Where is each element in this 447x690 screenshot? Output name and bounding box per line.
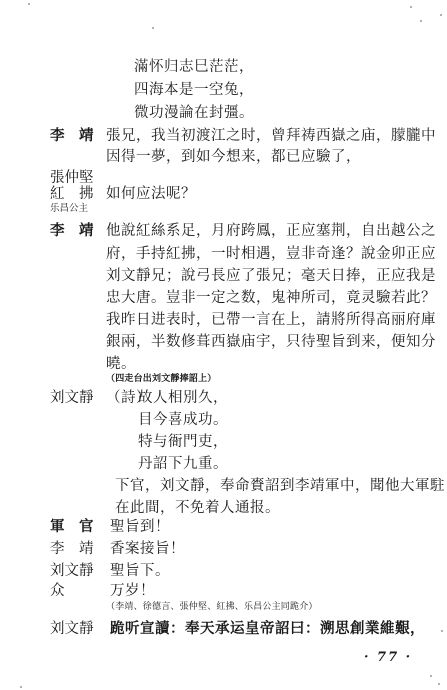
speaker-name: 李 靖 [50,222,94,240]
verse-line: 目今喜成功。 [138,411,228,429]
dialogue-line: 万岁！ [110,582,155,600]
speaker-name: 刘文靜 [50,562,94,580]
dialogue-line: 下官，刘文靜，奉命賚詔到李靖軍中，聞他大軍駐 [115,477,445,495]
verse-line: 故人相別久， [138,389,228,407]
speaker-name: 紅 拂 [50,185,94,203]
dialogue-line: 跪听宣讀：奉天承运皇帝詔曰：溯思創業維艱， [110,620,425,638]
scan-speck [420,20,422,22]
verse-line: 丹詔下九重。 [138,455,228,473]
scan-speck [440,14,442,16]
speaker-name: 刘文靜 [50,389,94,407]
dialogue-line: 忠大唐。豈非一定之数，鬼神所司，竟灵驗若此？ [106,289,436,307]
poem-line: 滿怀归志巳茫茫， [134,58,254,76]
dialogue-line: 如何应法呢？ [106,185,196,203]
dialogue-line: 聖旨下。 [110,562,170,580]
speaker-name: 刘文靜 [50,620,94,638]
dialogue-line: 曉。 [106,355,136,373]
speaker-name: 軍 官 [50,518,94,536]
scan-speck [152,27,154,29]
speaker-name: 乐昌公主 [50,203,88,215]
scan-speck [441,630,443,632]
scan-speck [430,675,432,677]
page-number: · 77 · [364,650,412,665]
speaker-name: 李 靖 [50,127,94,145]
stage-direction: （四走台出刘文靜捧詔上） [106,373,216,385]
scan-speck [28,3,30,5]
poem-line: 四海本是一空兔， [134,81,254,99]
dialogue-line: 府，手持紅拂，一时相遇，豈非奇逢？說金卯正应 [106,245,436,263]
scan-speck [410,6,412,8]
speaker-name: 众 [50,582,65,600]
verse-line: 特与衙門吏， [138,433,228,451]
dialogue-line: 聖旨到！ [110,518,170,536]
dialogue-line: 我昨日进表时，已帶一言在上，請將所得高丽府庫 [106,311,436,329]
speaker-name: 李 靖 [50,540,94,558]
scan-speck [20,686,22,688]
dialogue-line: 在此間，不免着人通报。 [115,499,280,517]
poem-line: 微功漫論在封彊。 [134,104,254,122]
stage-direction: （李靖、徐德言、張仲堅、紅拂、乐昌公主同跪介） [106,601,318,613]
dialogue-line: 他說紅絲系足，月府跨鳳，正应塞荆，自出越公之 [106,222,436,240]
dialogue-line: 張兄，我当初渡江之时，曾拜祷西嶽之庙，朦朧中 [106,127,436,145]
book-page: 滿怀归志巳茫茫， 四海本是一空兔， 微功漫論在封彊。 李 靖 張兄，我当初渡江之… [0,0,447,690]
dialogue-line: 刘文靜兄；說弓長应了張兄；毫天日捧，正应我是 [106,267,436,285]
dialogue-line: 因得一夢，到如今想来，都已应驗了， [106,148,361,166]
scan-speck [438,683,440,685]
dialogue-line: 香案接旨！ [110,540,185,558]
dialogue-line: 銀兩，半数修葺西嶽庙宇，只待聖旨到来，便知分 [106,333,436,351]
